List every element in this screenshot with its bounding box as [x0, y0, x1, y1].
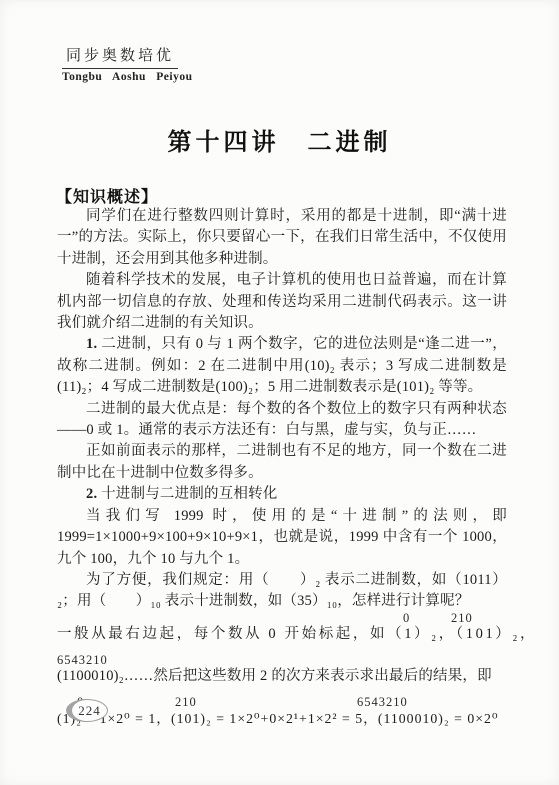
formula-text: (1)₂ = 1×2⁰ = 1，(101)₂ = 1×2⁰+0×2¹+1×2² …	[57, 708, 507, 729]
section-heading: 【知识概述】	[56, 184, 158, 207]
paragraph-intro-1: 同学们在进行整数四则计算时，采用的都是十进制，即“满十进一”的方法。实际上，你只…	[57, 206, 507, 270]
paragraph-notation: 为了方便，我们规定：用（ ）₂ 表示二进制数，如（1011）₂；用（ ）₁₀ 表…	[57, 570, 507, 613]
chapter-title: 第十四讲 二进制	[0, 122, 559, 157]
subheading-point-2: 2. 十进制与二进制的互相转化	[57, 484, 507, 505]
body-text: 同学们在进行整数四则计算时，采用的都是十进制，即“满十进一”的方法。实际上，你只…	[57, 206, 507, 739]
point-2-text: 十进制与二进制的互相转化	[97, 486, 277, 502]
book-header: 同步奥数培优 Tongbu Aoshu Peiyou	[62, 44, 192, 83]
digit-position-label: 6543210	[357, 696, 408, 708]
book-series-title: 同步奥数培优	[62, 44, 178, 69]
annotated-line-2: 6543210 (1100010)₂……然后把这些数用 2 的次方来表示求出最后…	[57, 655, 507, 697]
point-1-number: 1.	[86, 336, 97, 352]
paragraph-intro-2: 随着科学技术的发展，电子计算机的使用也日益普遍，而在计算机内部一切信息的存放、处…	[57, 270, 507, 334]
textbook-page: 同步奥数培优 Tongbu Aoshu Peiyou 第十四讲 二进制 【知识概…	[0, 0, 559, 785]
point-2-number: 2.	[86, 486, 97, 502]
page-number-badge: 224	[66, 699, 108, 722]
annotated-line-1-text: 一般从最右边起，每个数从 0 开始标起，如（1）₂，（101）₂，	[57, 624, 507, 645]
paragraph-point-1: 1. 二进制，只有 0 与 1 两个数字，它的进位法则是“逢二进一”，故称二进制…	[57, 334, 507, 398]
digit-position-label: 6543210	[57, 654, 108, 666]
page-number: 224	[78, 703, 101, 719]
formula-line: 0 210 6543210 (1)₂ = 1×2⁰ = 1，(101)₂ = 1…	[57, 697, 507, 739]
paragraph-advantage: 二进制的最大优点是：每个数的各个数位上的数字只有两种状态——0 或 1。通常的表…	[57, 399, 507, 442]
paragraph-decimal-example: 当我们写 1999 时，使用的是“十进制”的法则，即 1999=1×1000+9…	[57, 506, 507, 570]
paragraph-drawback: 正如前面表示的那样，二进制也有不足的地方，同一个数在二进制中比在十进制中位数多得…	[57, 441, 507, 484]
point-1-text: 二进制，只有 0 与 1 两个数字，它的进位法则是“逢二进一”，故称二进制。例如…	[57, 336, 507, 395]
annotated-line-1: 0 210 一般从最右边起，每个数从 0 开始标起，如（1）₂，（101）₂，	[57, 613, 507, 655]
annotated-line-2-text: (1100010)₂……然后把这些数用 2 的次方来表示求出最后的结果，即	[57, 666, 507, 687]
digit-position-label: 0	[403, 612, 410, 624]
digit-position-label: 210	[175, 696, 197, 708]
digit-position-label: 210	[451, 612, 473, 624]
book-series-pinyin: Tongbu Aoshu Peiyou	[62, 71, 192, 83]
